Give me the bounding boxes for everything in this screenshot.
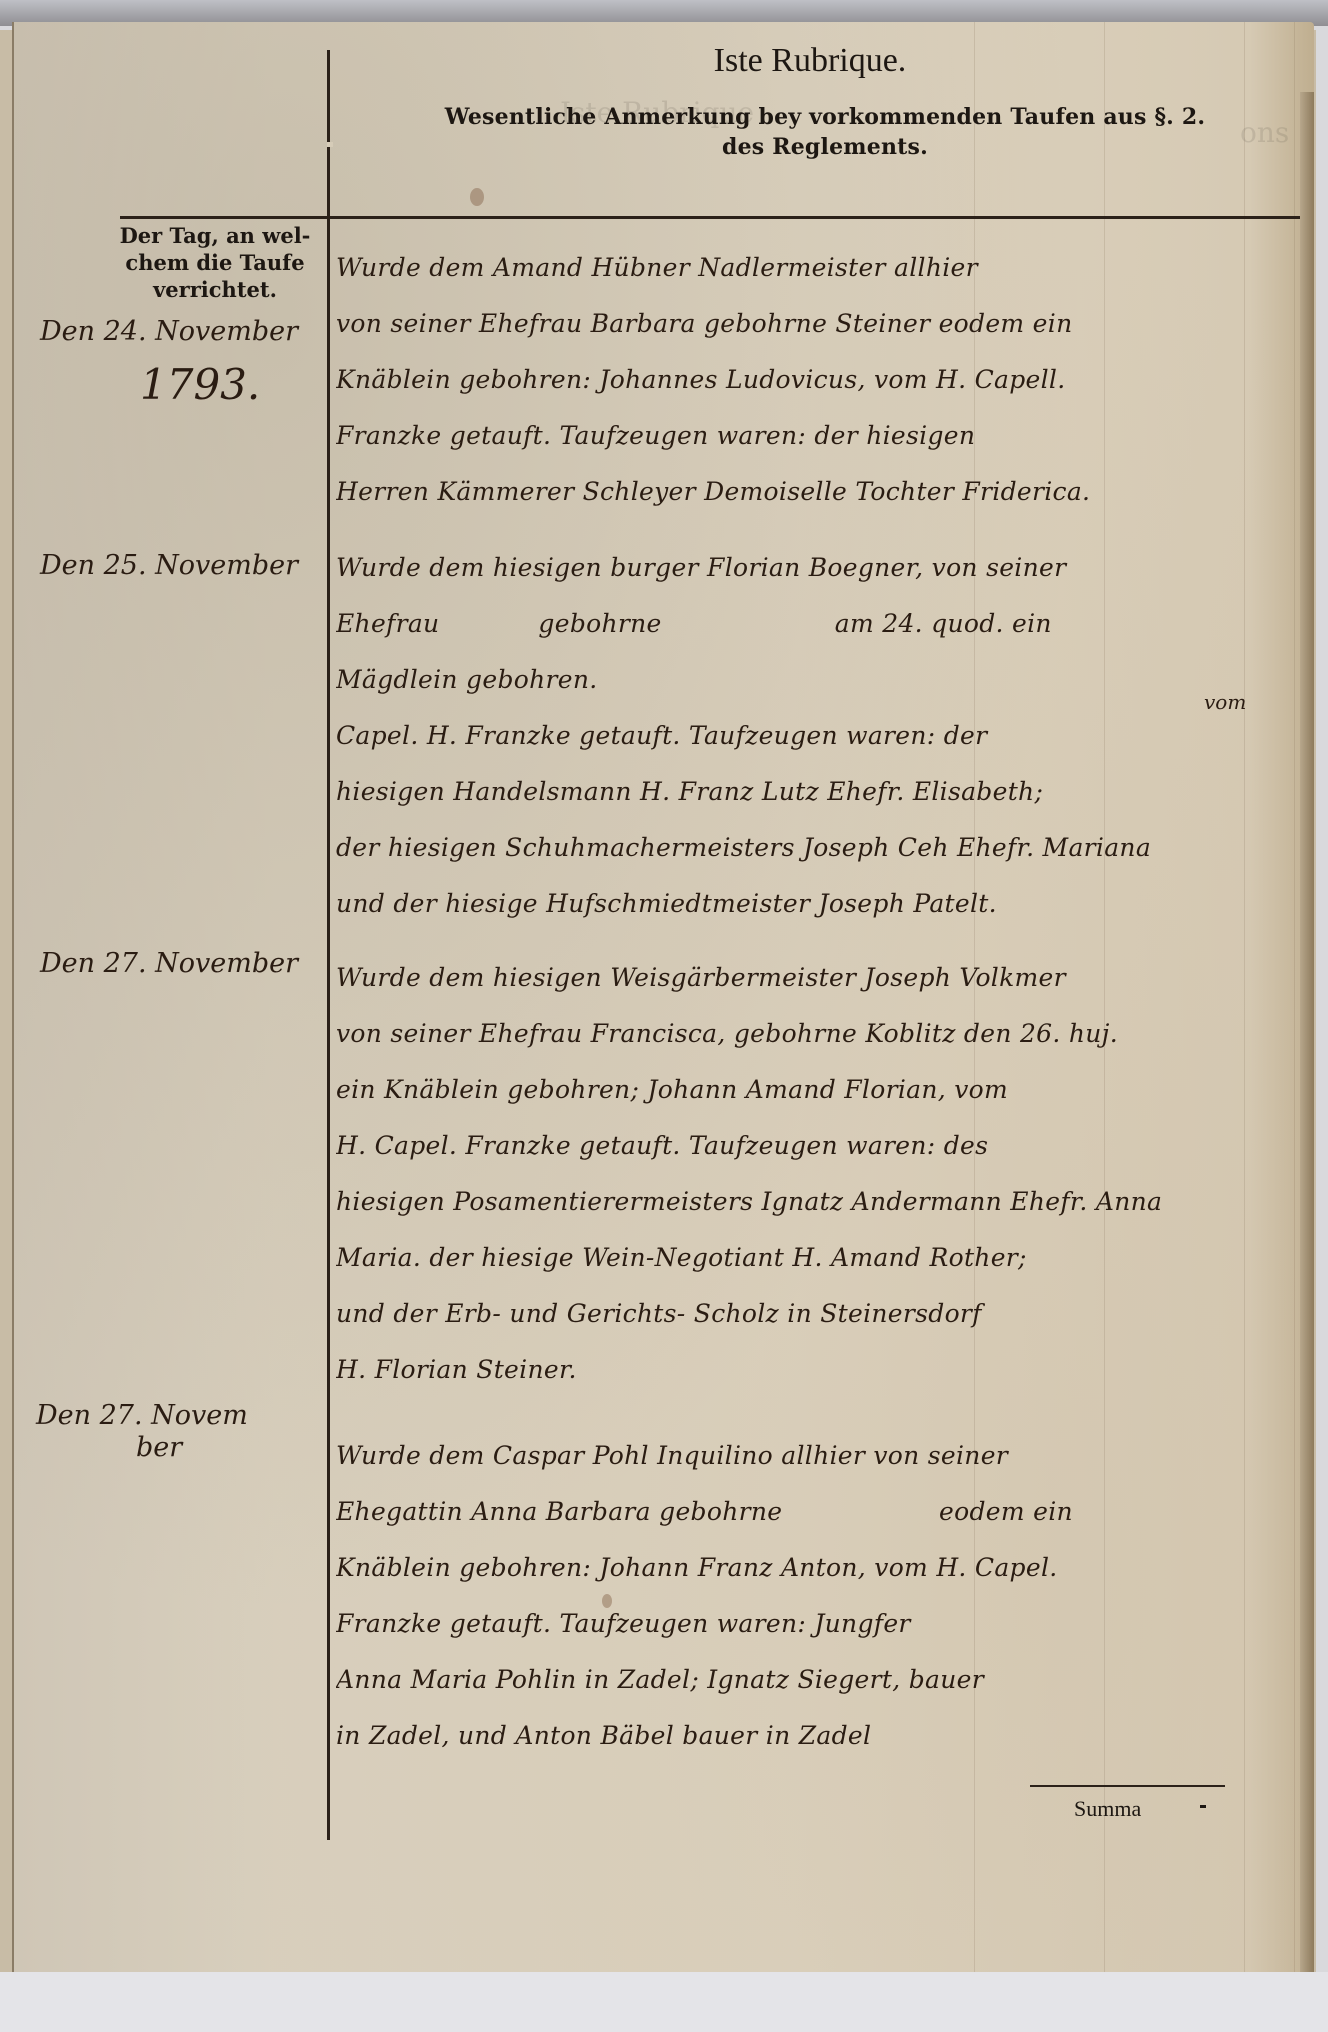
entry-date: Den 27. Novem [36,1400,248,1431]
entry-line: Capel. H. Franzke getauft. Taufzeugen wa… [336,708,1296,764]
entry-line: Anna Maria Pohlin in Zadel; Ignatz Siege… [336,1652,1296,1708]
entry-line: Ehegattin Anna Barbara gebohrne eodem ei… [336,1484,1296,1540]
entry-line: Franzke getauft. Taufzeugen waren: der h… [336,408,1296,464]
ink-stain [470,188,484,206]
date-column-header: Der Tag, an wel- chem die Taufe verricht… [106,222,324,303]
entry-line: Herren Kämmerer Schleyer Demoiselle Toch… [336,464,1296,520]
header-line: Der Tag, an wel- [106,222,324,249]
entry-date: Den 27. November [40,948,298,979]
entry-line: ein Knäblein gebohren; Johann Amand Flor… [336,1062,1296,1118]
marginal-note: vom [1204,690,1246,714]
header-line: chem die Taufe [106,249,324,276]
entry-line: Wurde dem hiesigen burger Florian Boegne… [336,540,1296,596]
entry-line: von seiner Ehefrau Francisca, gebohrne K… [336,1006,1296,1062]
entry-date: Den 25. November [40,550,298,581]
entry-line: H. Capel. Franzke getauft. Taufzeugen wa… [336,1118,1296,1174]
entry-line: von seiner Ehefrau Barbara gebohrne Stei… [336,296,1296,352]
entry-line: Maria. der hiesige Wein-Negotiant H. Ama… [336,1230,1296,1286]
entry-line: und der Erb- und Gerichts- Scholz in Ste… [336,1286,1296,1342]
entry-line: Wurde dem Caspar Pohl Inquilino allhier … [336,1428,1296,1484]
entry-line: Ehefrau gebohrne am 24. quod. ein [336,596,1296,652]
column-divider-gap [327,142,333,147]
entry-line: Franzke getauft. Taufzeugen waren: Jungf… [336,1596,1296,1652]
subtitle-line: des Reglements. [360,132,1290,162]
entry-line: Wurde dem hiesigen Weisgärbermeister Jos… [336,950,1296,1006]
entry-line: Knäblein gebohren: Johannes Ludovicus, v… [336,352,1296,408]
baptism-entry: Wurde dem Caspar Pohl Inquilino allhier … [336,1428,1296,1764]
page-subtitle: Wesentliche Anmerkung bey vorkommenden T… [360,102,1290,162]
entry-line: hiesigen Handelsmann H. Franz Lutz Ehefr… [336,764,1296,820]
summa-value [1200,1805,1206,1808]
page-title: Iste Rubrique. [330,42,1290,80]
subtitle-line: Wesentliche Anmerkung bey vorkommenden T… [360,102,1290,132]
book-gutter [1300,92,1314,2032]
entry-line: Mägdlein gebohren. [336,652,1296,708]
summa-rule [1030,1785,1225,1787]
entry-line: und der hiesige Hufschmiedtmeister Josep… [336,876,1296,932]
summa-label: Summa [1074,1796,1141,1822]
baptism-entry: Wurde dem Amand Hübner Nadlermeister all… [336,240,1296,520]
entry-date: Den 24. November [40,316,298,347]
entry-line: Wurde dem Amand Hübner Nadlermeister all… [336,240,1296,296]
baptism-entry: Wurde dem hiesigen Weisgärbermeister Jos… [336,950,1296,1398]
photo-backdrop-bottom [0,1972,1328,2032]
entry-line: der hiesigen Schuhmachermeisters Joseph … [336,820,1296,876]
entry-line: H. Florian Steiner. [336,1342,1296,1398]
column-divider [327,50,330,1840]
entry-line: hiesigen Posamentierermeisters Ignatz An… [336,1174,1296,1230]
entry-line: in Zadel, und Anton Bäbel bauer in Zadel [336,1708,1296,1764]
baptism-entry: Wurde dem hiesigen burger Florian Boegne… [336,540,1296,932]
entry-date-continued: ber [136,1432,182,1463]
header-rule [120,216,1300,219]
header-line: verrichtet. [106,276,324,303]
entry-year: 1793. [140,360,260,409]
entry-line: Knäblein gebohren: Johann Franz Anton, v… [336,1540,1296,1596]
